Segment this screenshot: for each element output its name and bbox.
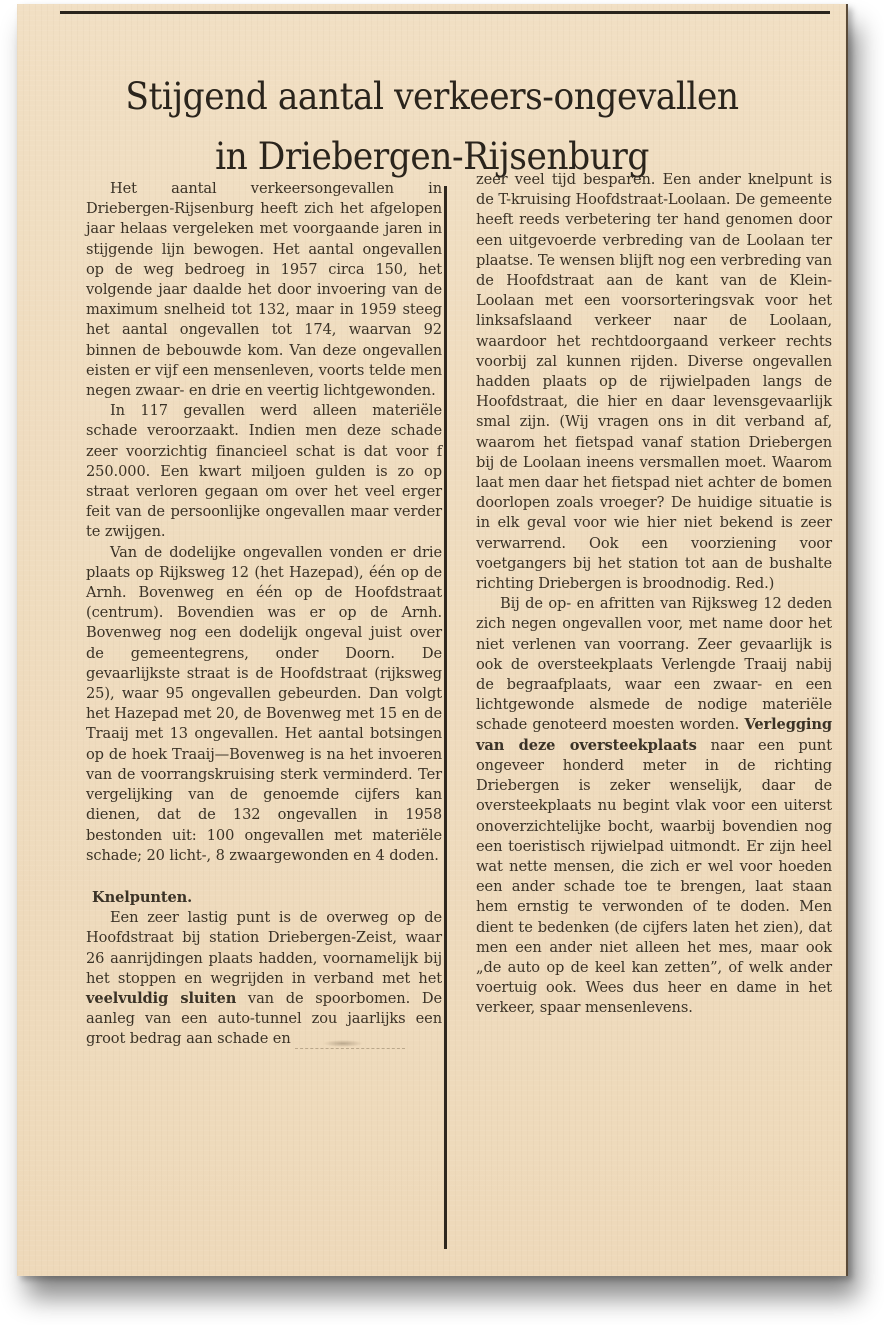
column-divider [444,186,447,1249]
paragraph: Een zeer lastig punt is de overweg op de… [86,908,442,1049]
subheading-knelpunten: Knelpunten. [86,888,442,908]
paragraph: Van de dodelijke ongevallen vonden er dr… [86,543,442,866]
headline: Stijgend aantal verkeers-ongevallen in D… [65,67,800,187]
paragraph: Bij de op- en afritten van Rijksweg 12 d… [476,594,832,1018]
right-column: zeer veel tijd besparen. Een ander knelp… [476,170,832,1019]
paragraph: Het aantal verkeersongevallen in Drieber… [86,179,442,401]
headline-line-1: Stijgend aantal verkeers-ongevallen [125,75,738,118]
top-rule [60,11,830,14]
paragraph: zeer veel tijd besparen. Een ander knelp… [476,170,832,594]
paragraph: In 117 gevallen werd alleen materiële sc… [86,401,442,542]
bold-text: veelvuldig sluiten [86,990,236,1007]
text-run: Een zeer lastig punt is de overweg op de… [86,909,442,987]
section-ornament [295,1040,405,1049]
left-column: Het aantal verkeersongevallen in Drieber… [86,179,442,1050]
newspaper-clipping: Stijgend aantal verkeers-ongevallen in D… [17,4,848,1276]
text-run: naar een punt ongeveer honderd meter in … [476,737,832,1017]
text-run: Bij de op- en afritten van Rijksweg 12 d… [476,595,832,733]
